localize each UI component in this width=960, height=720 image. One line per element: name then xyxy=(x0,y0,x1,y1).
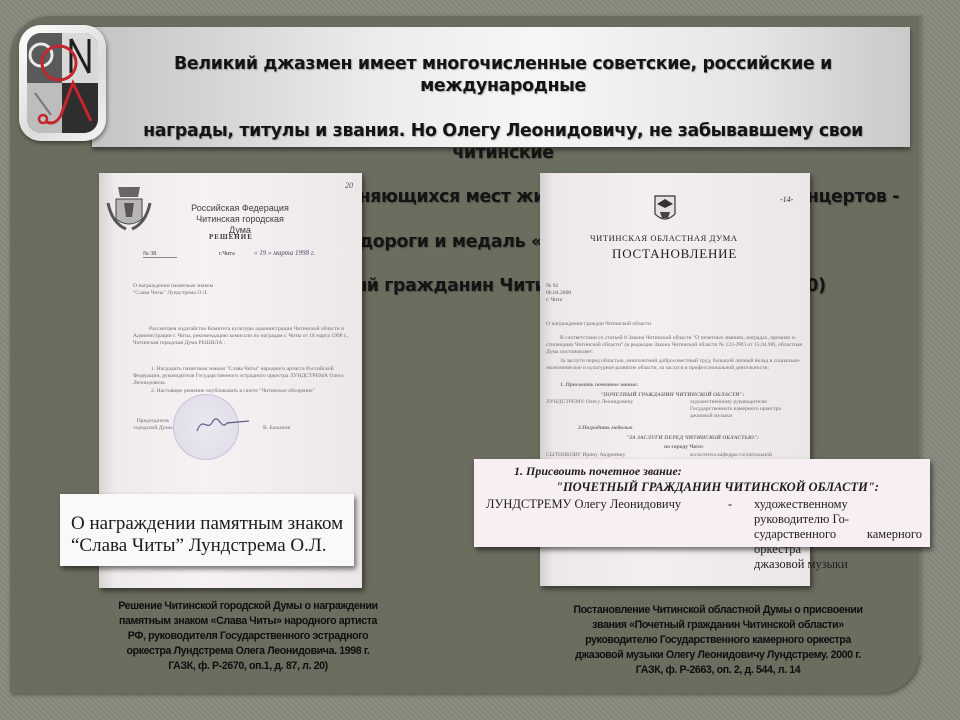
doc1-header-line: Российская Федерация xyxy=(185,203,295,214)
signature-icon xyxy=(193,413,253,435)
doc2-meta: № 92 06.04.2000 г. Чита xyxy=(546,283,571,304)
doc1-signer-title: Председатель городской Думы xyxy=(123,418,183,432)
doc1-header: Российская Федерация Читинская городская… xyxy=(185,203,295,236)
callout2-dash: - xyxy=(728,497,732,512)
callout2-recipient: ЛУНДСТРЕМУ Олегу Леонидовичу xyxy=(486,497,681,512)
doc1-number: № 38 xyxy=(143,251,177,258)
callout1-text: О награждении памятным знаком “Слава Чит… xyxy=(71,513,343,557)
callout2-role: художественному руководителю Го- сударст… xyxy=(754,497,922,572)
monogram-OL-logo-icon xyxy=(27,33,98,133)
callout2-role-line: художественному руководителю Го- xyxy=(754,497,922,527)
doc2-medal: "ЗА ЗАСЛУГИ ПЕРЕД ЧИТИНСКОЙ ОБЛАСТЬЮ": xyxy=(626,435,759,442)
title-line: награды, титулы и звания. Но Олегу Леони… xyxy=(100,120,906,164)
callout-resolution-excerpt: 1. Присвоить почетное звание: "ПОЧЕТНЫЙ … xyxy=(474,459,930,547)
caption-decision: Решение Читинской городской Думы о награ… xyxy=(71,599,424,674)
doc2-date: 06.04.2000 xyxy=(546,290,571,297)
doc2-award: "ПОЧЕТНЫЙ ГРАЖДАНИН ЧИТИНСКОЙ ОБЛАСТИ": xyxy=(600,392,745,399)
doc2-city: г. Чита xyxy=(546,297,571,304)
doc2-subject: О награждении граждан Читинской области xyxy=(546,321,651,328)
callout2-role-line: сударственного камерного оркестра xyxy=(754,527,922,557)
doc1-body: Рассмотрев ходатайство Комитета культуры… xyxy=(133,326,349,347)
callout2-award: "ПОЧЕТНЫЙ ГРАЖДАНИН ЧИТИНСКОЙ ОБЛАСТИ": xyxy=(556,480,879,495)
doc1-type: РЕШЕНИЕ xyxy=(209,233,253,241)
doc1-item2: 2. Настоящее решение опубликовать в газе… xyxy=(151,388,351,395)
callout-decision-title: О награждении памятным знаком “Слава Чит… xyxy=(60,494,354,566)
oblast-emblem-icon xyxy=(653,194,677,224)
doc2-recipient-role: художественному руководителю Государстве… xyxy=(690,399,800,420)
doc2-para2: За заслуги перед областью, многолетний д… xyxy=(546,358,802,372)
doc2-para1: В соответствии со статьей 8 Закона Читин… xyxy=(546,335,802,356)
coat-of-arms-icon xyxy=(106,183,152,231)
doc2-section2: 2.Наградить медалью xyxy=(578,425,632,432)
doc2-section1: 1. Присвоить почетное звание: xyxy=(560,382,638,389)
doc2-by-city: по городу Чите: xyxy=(664,444,704,451)
doc2-org: ЧИТИНСКАЯ ОБЛАСТНАЯ ДУМА xyxy=(590,233,738,243)
doc1-subject: О награждении памятным знаком "Слава Чит… xyxy=(133,283,273,297)
callout2-section: 1. Присвоить почетное звание: xyxy=(514,464,682,479)
doc1-item1: 1. Наградить памятным знаком "Слава Читы… xyxy=(133,366,349,387)
doc1-subject-line: О награждении памятным знаком xyxy=(133,283,273,290)
callout2-role-line: джазовой музыки xyxy=(754,557,922,572)
doc1-city: г.Чита xyxy=(219,251,235,257)
doc2-recipient2: СЫТНИКОВУ Ирину Андреевну xyxy=(546,452,625,459)
doc1-signer-line: городской Думы xyxy=(123,425,183,432)
monogram-logo xyxy=(19,25,106,141)
title-line: Великий джазмен имеет многочисленные сов… xyxy=(100,53,906,97)
doc1-signer-name: В. Бажанов xyxy=(263,425,290,432)
doc2-recipient2-role: ассистента кафедры госпитальной xyxy=(690,452,772,459)
doc1-subject-line: "Слава Читы" Лундстрема О.Л. xyxy=(133,290,273,297)
doc1-signer-line: Председатель xyxy=(123,418,183,425)
doc2-type: ПОСТАНОВЛЕНИЕ xyxy=(612,246,737,262)
caption-resolution: Постановление Читинской областной Думы о… xyxy=(504,603,932,678)
doc2-page-mark: -14- xyxy=(780,195,793,204)
doc1-date: « 19 » марта 1998 г. xyxy=(254,249,315,257)
doc2-recipient: ЛУНДСТРЕМУ Олегу Леонидовичу xyxy=(546,399,633,406)
doc1-page-mark: 20 xyxy=(345,181,353,190)
doc2-number: № 92 xyxy=(546,283,571,290)
